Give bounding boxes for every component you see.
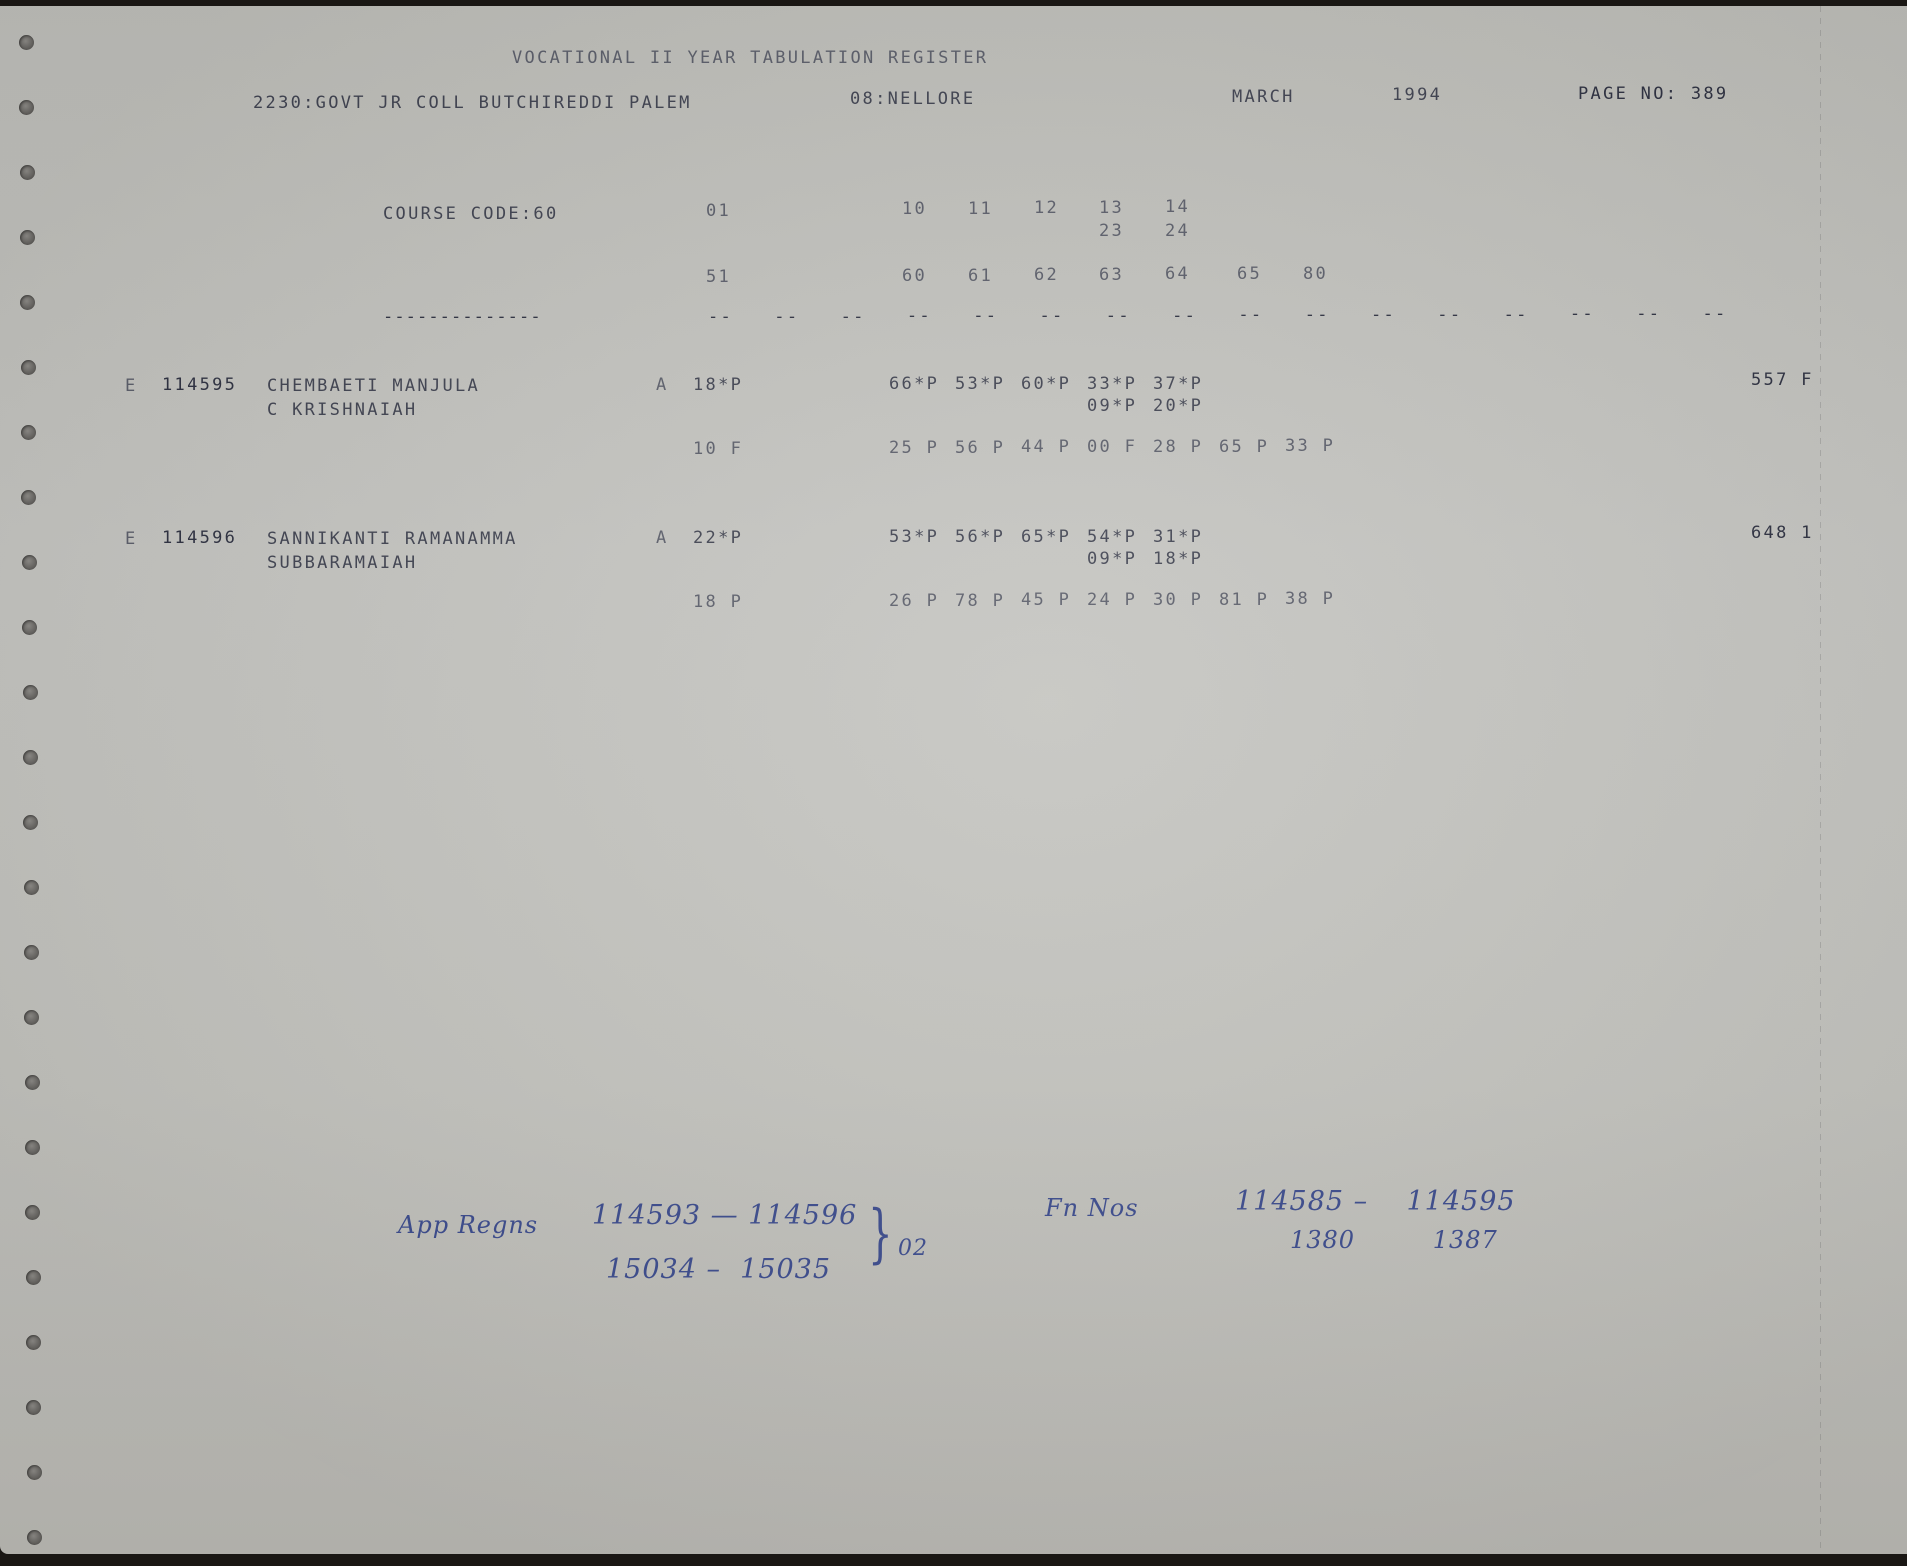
student-mark: 65*P [1021, 529, 1071, 546]
student-regno: 114595 [162, 377, 237, 394]
course-code-label: COURSE CODE:60 [383, 206, 559, 223]
column-separator: -- [1371, 307, 1396, 324]
column-separator: -- [1703, 306, 1728, 323]
column-code: 10 [902, 201, 927, 218]
student-mark: 78 P [955, 593, 1005, 610]
register-title: VOCATIONAL II YEAR TABULATION REGISTER [512, 50, 988, 67]
student-mark: 33 P [1285, 438, 1335, 455]
feed-hole [25, 1075, 40, 1090]
student-mark: 38 P [1285, 591, 1335, 608]
student-name: CHEMBAETI MANJULA [267, 378, 480, 395]
feed-hole [24, 1010, 39, 1025]
student-mark: 09*P [1087, 398, 1137, 415]
column-separator: -- [1504, 307, 1529, 324]
student-mark: 53*P [955, 376, 1005, 393]
student-mark: 54*P [1087, 529, 1137, 546]
column-code: 80 [1303, 266, 1328, 283]
student-mark: 26 P [889, 593, 939, 610]
feed-hole [21, 425, 36, 440]
column-code: 14 [1165, 199, 1190, 216]
student-mark: 28 P [1153, 439, 1203, 456]
student-mark: 30 P [1153, 592, 1203, 609]
handwritten-label-right: Fn Nos [1045, 1196, 1139, 1220]
feed-hole [21, 360, 36, 375]
feed-hole [21, 490, 36, 505]
handwritten-range-3: 114585 – 114595 [1235, 1188, 1516, 1215]
column-subcode: 23 [1099, 223, 1124, 240]
college-name: 2230:GOVT JR COLL BUTCHIREDDI PALEM [253, 95, 692, 112]
feed-hole [24, 945, 39, 960]
column-code: 65 [1237, 266, 1262, 283]
student-mark: 81 P [1219, 592, 1269, 609]
exam-year: 1994 [1392, 87, 1442, 104]
student-mark: 65 P [1219, 439, 1269, 456]
feed-hole [20, 295, 35, 310]
column-separator: -- [1570, 306, 1595, 323]
student-mark: 25 P [889, 440, 939, 457]
handwritten-label-left: App Regns [398, 1213, 538, 1237]
perforation-line [1820, 6, 1821, 1554]
feed-hole [23, 815, 38, 830]
student-mark: 24 P [1087, 592, 1137, 609]
page-number: PAGE NO: 389 [1578, 86, 1728, 103]
student-father-name: SUBBARAMAIAH [267, 555, 417, 572]
column-subcode: 24 [1165, 223, 1190, 240]
column-separator: -- [1636, 306, 1661, 323]
column-separator: -- [1040, 308, 1065, 325]
feed-hole [19, 100, 34, 115]
district-name: 08:NELLORE [850, 91, 975, 108]
column-separator: -- [1238, 307, 1263, 324]
student-mark: 18*P [693, 377, 743, 394]
student-mark: 53*P [889, 529, 939, 546]
column-separator: -- [774, 309, 799, 326]
student-mark: 20*P [1153, 398, 1203, 415]
feed-hole [23, 750, 38, 765]
brace-mark: } [868, 1202, 892, 1266]
feed-hole [23, 685, 38, 700]
student-mark: 33*P [1087, 376, 1137, 393]
column-separator: -- [841, 309, 866, 326]
column-separator: -- [1305, 307, 1330, 324]
student-mark: 09*P [1087, 551, 1137, 568]
student-mark: 18*P [1153, 551, 1203, 568]
student-total: 648 1 [1751, 525, 1814, 542]
student-mark: 56*P [955, 529, 1005, 546]
separator-long: -------------- [383, 309, 542, 326]
column-code: 12 [1034, 200, 1059, 217]
student-regno: 114596 [162, 530, 237, 547]
feed-hole [22, 620, 37, 635]
feed-hole [25, 1140, 40, 1155]
handwritten-range-2: 15034 – 15035 [606, 1256, 831, 1283]
feed-hole [22, 555, 37, 570]
handwritten-range-4: 1380 1387 [1290, 1228, 1498, 1252]
student-medium: A [656, 530, 669, 547]
student-mark: 56 P [955, 440, 1005, 457]
column-code: 11 [968, 201, 993, 218]
column-separator: -- [708, 309, 733, 326]
column-code: 62 [1034, 267, 1059, 284]
column-code: 61 [968, 268, 993, 285]
column-separator: -- [907, 308, 932, 325]
feed-hole [20, 165, 35, 180]
column-separator: -- [973, 308, 998, 325]
exam-month: MARCH [1232, 89, 1295, 106]
feed-hole [25, 1205, 40, 1220]
student-mark: 31*P [1153, 529, 1203, 546]
student-father-name: C KRISHNAIAH [267, 402, 417, 419]
column-code: 64 [1165, 266, 1190, 283]
column-separator: -- [1437, 307, 1462, 324]
column-code: 60 [902, 268, 927, 285]
student-mark: 45 P [1021, 592, 1071, 609]
student-medium: A [656, 377, 669, 394]
register-sheet: VOCATIONAL II YEAR TABULATION REGISTER 2… [0, 6, 1907, 1554]
student-mark: 22*P [693, 530, 743, 547]
column-separator: -- [1106, 308, 1131, 325]
column-code: 51 [706, 269, 731, 286]
feed-hole [26, 1270, 41, 1285]
feed-hole [26, 1335, 41, 1350]
student-name: SANNIKANTI RAMANAMMA [267, 531, 518, 548]
student-total: 557 F [1751, 372, 1814, 389]
feed-hole [26, 1400, 41, 1415]
student-mark: 18 P [693, 594, 743, 611]
student-mark: 37*P [1153, 376, 1203, 393]
student-mark: 60*P [1021, 376, 1071, 393]
column-code: 01 [706, 203, 731, 220]
feed-hole [27, 1465, 42, 1480]
feed-hole [27, 1530, 42, 1545]
student-mark: 10 F [693, 441, 743, 458]
student-mark: 66*P [889, 376, 939, 393]
column-code: 13 [1099, 200, 1124, 217]
student-group: E [125, 378, 138, 395]
column-separator: -- [1172, 308, 1197, 325]
feed-hole [24, 880, 39, 895]
student-group: E [125, 531, 138, 548]
feed-hole [19, 35, 34, 50]
student-mark: 00 F [1087, 439, 1137, 456]
student-mark: 44 P [1021, 439, 1071, 456]
feed-hole [20, 230, 35, 245]
handwritten-range-1: 114593 — 114596 [592, 1202, 857, 1229]
column-code: 63 [1099, 267, 1124, 284]
handwritten-count: 02 [898, 1238, 928, 1260]
